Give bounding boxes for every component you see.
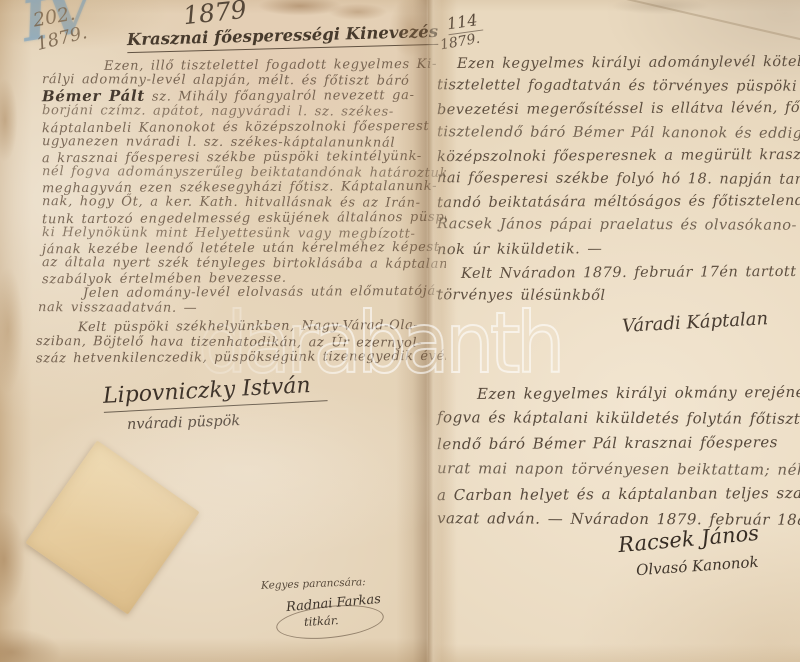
left-main-paragraph: Ezen, illő tisztelettel fogadott kegyelm… bbox=[42, 58, 446, 286]
manuscript-line: tisztelendő báró Bémer Pál kanonok és ed… bbox=[437, 121, 800, 146]
manuscript-line: nak, hogy Őt, a ker. Kath. hitvallásnak … bbox=[42, 194, 446, 211]
secretary-signature-title: titkár. bbox=[304, 613, 339, 629]
manuscript-line: nok úr kiküldetik. — bbox=[437, 236, 800, 262]
manuscript-line: Ezen kegyelmes királyi adománylevél köte… bbox=[437, 51, 800, 77]
bishop-signature-title: nváradi püspök bbox=[127, 413, 241, 433]
chapter-signature: Váradi Káptalan bbox=[622, 308, 769, 337]
manuscript-line: fogva és káptalani kiküldetés folytán fő… bbox=[437, 405, 800, 432]
manuscript-line: Kelt Nváradon 1879. február 17én tartott bbox=[437, 261, 797, 286]
manuscript-line: középszolnoki főesperesnek a megürült kr… bbox=[437, 144, 800, 170]
manuscript-line: tisztelettel fogadtatván és törvényes pü… bbox=[437, 74, 800, 99]
manuscript-line: tunk tartozó engedelmesség esküjének ált… bbox=[42, 209, 446, 227]
secretary-note: Kegyes parancsára: bbox=[261, 576, 366, 592]
manuscript-line: tandó beiktatására méltóságos és főtiszt… bbox=[437, 190, 800, 216]
chapter-resolution-paragraph: Ezen kegyelmes királyi adománylevél köte… bbox=[437, 52, 800, 261]
manuscript-line: bevezetési megerősítéssel is ellátva lév… bbox=[437, 97, 800, 123]
right-registry-year: 1879. bbox=[439, 31, 481, 54]
manuscript-line: Racsek János pápai praelatus és olvasóka… bbox=[437, 214, 800, 239]
canon-signature-title: Olvasó Kanonok bbox=[636, 553, 760, 580]
attached-paper-patch bbox=[25, 440, 199, 614]
manuscript-line: borjáni czímz. apátot, nagyváradi l. sz.… bbox=[42, 104, 446, 121]
document-title: Krasznai főesperességi Kinevezés bbox=[127, 22, 439, 53]
manuscript-line-rest: sz. Mihály főangyalról nevezett ga- bbox=[145, 88, 415, 105]
manuscript-line: nai főesperesi székbe folyó hó 18. napjá… bbox=[437, 167, 800, 192]
manuscript-line: urat mai napon törvényesen beiktattam; n… bbox=[437, 456, 800, 483]
document-photo: IV 202. 1879. 1879 Krasznai főesperesség… bbox=[0, 0, 800, 662]
installation-paragraph: Ezen kegyelmes királyi okmány erejénél f… bbox=[437, 381, 800, 532]
darabanth-watermark: darabanth bbox=[198, 294, 561, 392]
manuscript-line: a Carban helyet és a káptalanban teljes … bbox=[437, 481, 800, 509]
year-heading: 1879 bbox=[182, 0, 248, 30]
manuscript-line: lendő báró Bémer Pál krasznai főesperes bbox=[437, 430, 800, 458]
